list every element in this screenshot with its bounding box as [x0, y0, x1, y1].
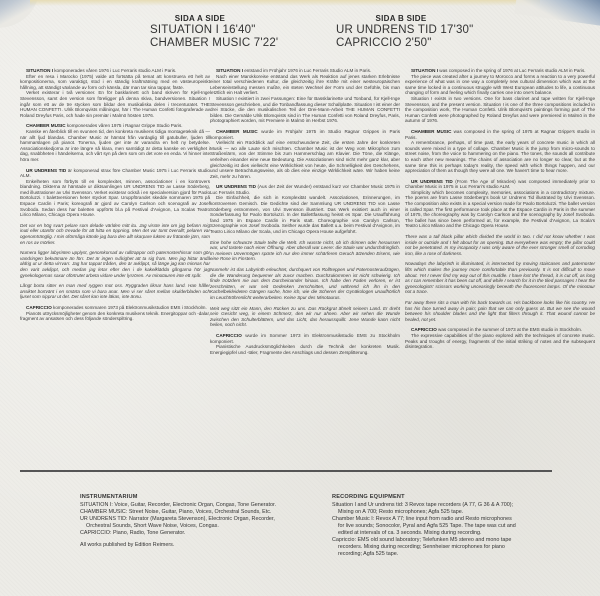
- text: The piece was created after a journey to…: [405, 74, 595, 96]
- text: A remembrance, perhaps, of time past, th…: [405, 140, 595, 174]
- side-b-tracklist: SIDA B SIDE UR UNDRENS TID 17'30" CAPRIC…: [336, 14, 473, 50]
- heading: CAPRICCIO: [411, 327, 437, 332]
- heading: CAPRICCIO: [26, 305, 52, 310]
- side-a-label: SIDA A SIDE: [150, 14, 250, 23]
- text: entstand im Frühjahr 1976 in Luc Ferrari…: [243, 68, 371, 73]
- heading: UR UNDRENS TID: [26, 168, 66, 173]
- instrument-list-item: CHAMBER MUSIC: Street Noise, Guitar, Pia…: [80, 509, 280, 516]
- liner-notes-swedish: SITUATION I komponerades våren 1976 i Lu…: [20, 68, 210, 322]
- poem-stanza: Nowadays the labyrinth is illuminated, i…: [405, 261, 595, 295]
- side-b-label: SIDA B SIDE: [336, 14, 466, 23]
- instrument-list-item: UR UNDRENS TID: Narrator (Margareta Stev…: [80, 516, 280, 530]
- heading: CAPRICCIO: [216, 333, 242, 338]
- side-a-tracklist: SIDA A SIDE SITUATION I 16'40" CHAMBER M…: [150, 14, 278, 50]
- divider-rule: [20, 470, 552, 472]
- heading: UR UNDRENS TID: [216, 184, 256, 189]
- equipment-list-item: Situation I and Ur undrens tid: 3 Revox …: [332, 502, 517, 516]
- track-situation-i: SITUATION I 16'40": [150, 24, 278, 37]
- text: Die Einfachheit, die sich in Komplexität…: [210, 195, 400, 234]
- poem-stanza: Nunmehr ist das Labyrinth erleuchtet, du…: [210, 267, 400, 301]
- track-ur-undrens-tid: UR UNDRENS TID 17'30": [336, 24, 473, 37]
- recording-equipment-heading: RECORDING EQUIPMENT: [332, 494, 517, 501]
- poem-stanza: There was a tall black pillar which divi…: [405, 234, 595, 256]
- equipment-list-item: Chamber Music I: Revox A 77; line input …: [332, 516, 517, 537]
- track-chamber-music: CHAMBER MUSIC 7'22': [150, 37, 278, 50]
- heading: SITUATION I: [216, 68, 243, 73]
- heading: SITUATION I: [411, 68, 438, 73]
- liner-notes-english: SITUATION I was composed in the spring o…: [405, 68, 595, 350]
- track-capriccio: CAPRICCIO 2'50": [336, 37, 473, 50]
- text: Situation I existiert in zwei Fassungen:…: [210, 96, 400, 124]
- poem-stanza: Weit weg sitzt ein Mann, den Rücken zu u…: [210, 306, 400, 328]
- text: Vielleicht ein Rückblick auf eine entsch…: [210, 140, 400, 179]
- text: was composed in the summer of 1973 at th…: [437, 327, 582, 332]
- text: The expressive capabilities of the piano…: [405, 333, 595, 350]
- heading: UR UNDRENS TID: [411, 179, 453, 184]
- liner-notes-german: SITUATION I entstand im Frühjahr 1976 in…: [210, 68, 400, 355]
- heading: CHAMBER MUSIC: [411, 129, 451, 134]
- poem-stanza: Far away there sits a man with his back …: [405, 300, 595, 322]
- poem-stanza: Långt borta sitter en man med ryggen mot…: [20, 283, 210, 300]
- corner-wear-top-right: [514, 0, 600, 26]
- edge-discoloration: [30, 0, 540, 6]
- text: Simplicity which becomes complexity, mem…: [405, 190, 595, 229]
- recording-equipment-section: RECORDING EQUIPMENT Situation I and Ur u…: [332, 494, 517, 558]
- heading: CHAMBER MUSIC: [26, 123, 66, 128]
- text: Pianistische Ausdrucksmöglichkeiten durc…: [210, 344, 400, 355]
- text: Pianots uttrycksmöjligheter genom den ko…: [20, 311, 210, 322]
- instrument-list-item: CAPRICCIO: Piano, Radio, Tone Generator.: [80, 530, 280, 537]
- instrumentarium-section: INSTRUMENTARIUM SITUATION I: Voice, Guit…: [80, 494, 280, 549]
- text: was composed in the spring of 1976 at Lu…: [438, 68, 586, 73]
- text: Kanske en återblick till en svunnen tid,…: [20, 129, 210, 163]
- instrument-list-item: SITUATION I: Voice, Guitar, Recorder, El…: [80, 502, 280, 509]
- record-sleeve-back: SIDA A SIDE SITUATION I 16'40" CHAMBER M…: [0, 0, 600, 596]
- instrumentarium-heading: INSTRUMENTARIUM: [80, 494, 280, 501]
- poem-stanza: Det var en hög svart pelare som delade v…: [20, 223, 210, 245]
- publisher-note: All works published by Edition Reimers.: [80, 542, 280, 549]
- text: Situation I exists in two versions. One …: [405, 96, 595, 124]
- poem-stanza: Eine hohe schwarze Säule teilte die Welt…: [210, 240, 400, 262]
- poem-stanza: Numera ligger labyrinten upplyst, genomk…: [20, 250, 210, 278]
- heading: SITUATION I: [26, 68, 53, 73]
- text: komponerades sommaren 1973 på Elektronmu…: [52, 305, 207, 310]
- text: Nach einer Marokkoreise entstand das Wer…: [210, 74, 400, 96]
- equipment-list-item: Capriccio: EMS old sound laboratory; Tel…: [332, 537, 517, 558]
- text: Enkelheten som förbyts till en komplexit…: [20, 179, 210, 218]
- text: komponerades våren 1975 i Ragnar Grippe …: [66, 123, 183, 128]
- text: komponerades våren 1976 i Luc Ferraris s…: [53, 68, 176, 73]
- text: Efter en resa i Marocko (1975) valde att…: [20, 74, 210, 91]
- text: Verket existerar i två versioner. En för…: [20, 90, 210, 118]
- heading: CHAMBER MUSIC: [216, 129, 258, 134]
